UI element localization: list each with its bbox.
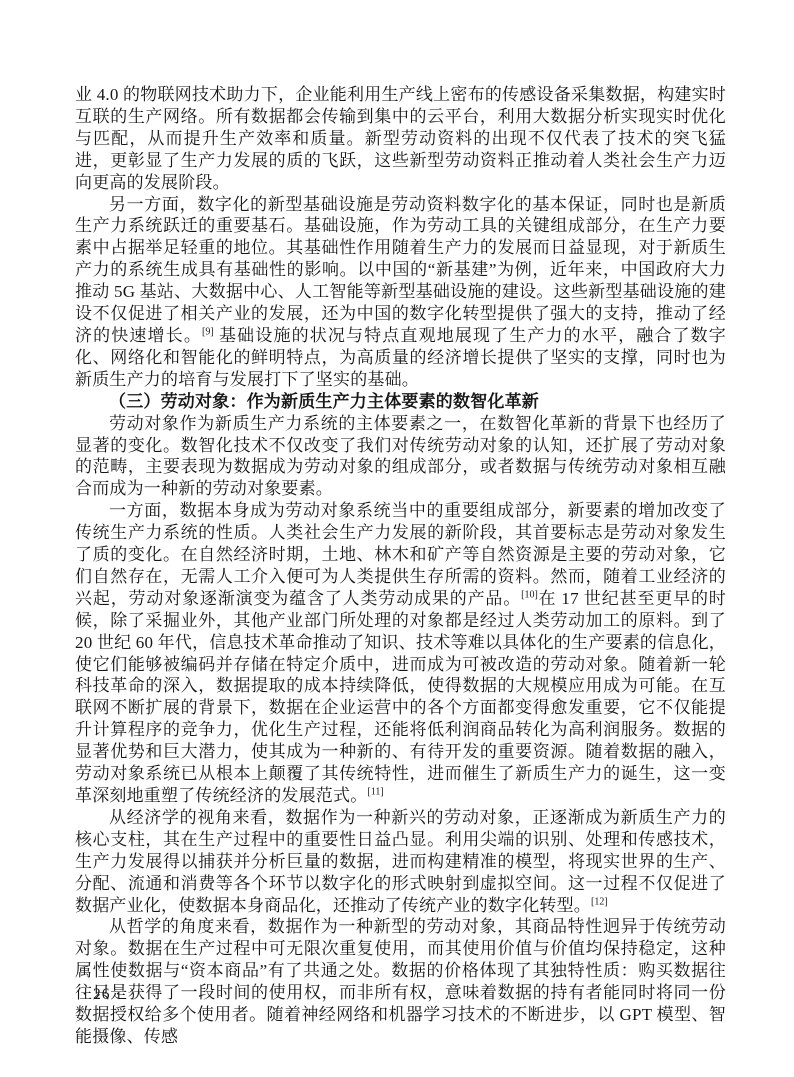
paragraph: 从哲学的角度来看，数据作为一种新型的劳动对象，其商品特性迥异于传统劳动对象。数据… (75, 916, 726, 1047)
paragraph-text: 在 17 世纪甚至更早的时候，除了采掘业外，其他产业部门所处理的对象都是经过人类… (75, 589, 726, 805)
document-page: 业 4.0 的物联网技术助力下，企业能利用生产线上密布的传感设备采集数据，构建实… (0, 0, 794, 1077)
paragraph-text: 劳动对象作为新质生产力系统的主体要素之一，在数智化革新的背景下也经历了显著的变化… (75, 414, 726, 499)
footnote-ref: [9] (202, 326, 214, 337)
document-body: 业 4.0 的物联网技术助力下，企业能利用生产线上密布的传感设备采集数据，构建实… (75, 84, 726, 1048)
paragraph-text: 另一方面，数字化的新型基础设施是劳动资料数字化的基本保证，同时也是新质生产力系统… (75, 195, 726, 345)
paragraph-text: 业 4.0 的物联网技术助力下，企业能利用生产线上密布的传感设备采集数据，构建实… (75, 85, 726, 192)
paragraph: 另一方面，数字化的新型基础设施是劳动资料数字化的基本保证，同时也是新质生产力系统… (75, 194, 726, 391)
page-number: · 26 · (82, 986, 122, 1004)
footnote-ref: [10] (521, 589, 538, 600)
paragraph: 劳动对象作为新质生产力系统的主体要素之一，在数智化革新的背景下也经历了显著的变化… (75, 413, 726, 501)
paragraph: 从经济学的视角来看，数据作为一种新兴的劳动对象，正逐渐成为新质生产力的核心支柱，… (75, 807, 726, 917)
paragraph-text: （三）劳动对象：作为新质生产力主体要素的数智化革新 (109, 392, 539, 411)
paragraph-text: 从哲学的角度来看，数据作为一种新型的劳动对象，其商品特性迥异于传统劳动对象。数据… (75, 917, 726, 1046)
paragraph-text: 从经济学的视角来看，数据作为一种新兴的劳动对象，正逐渐成为新质生产力的核心支柱，… (75, 808, 726, 915)
footnote-ref: [12] (591, 896, 608, 907)
section-heading: （三）劳动对象：作为新质生产力主体要素的数智化革新 (75, 391, 726, 413)
paragraph: 业 4.0 的物联网技术助力下，企业能利用生产线上密布的传感设备采集数据，构建实… (75, 84, 726, 194)
footnote-ref: [11] (367, 786, 383, 797)
paragraph: 一方面，数据本身成为劳动对象系统当中的重要组成部分，新要素的增加改变了传统生产力… (75, 500, 726, 807)
